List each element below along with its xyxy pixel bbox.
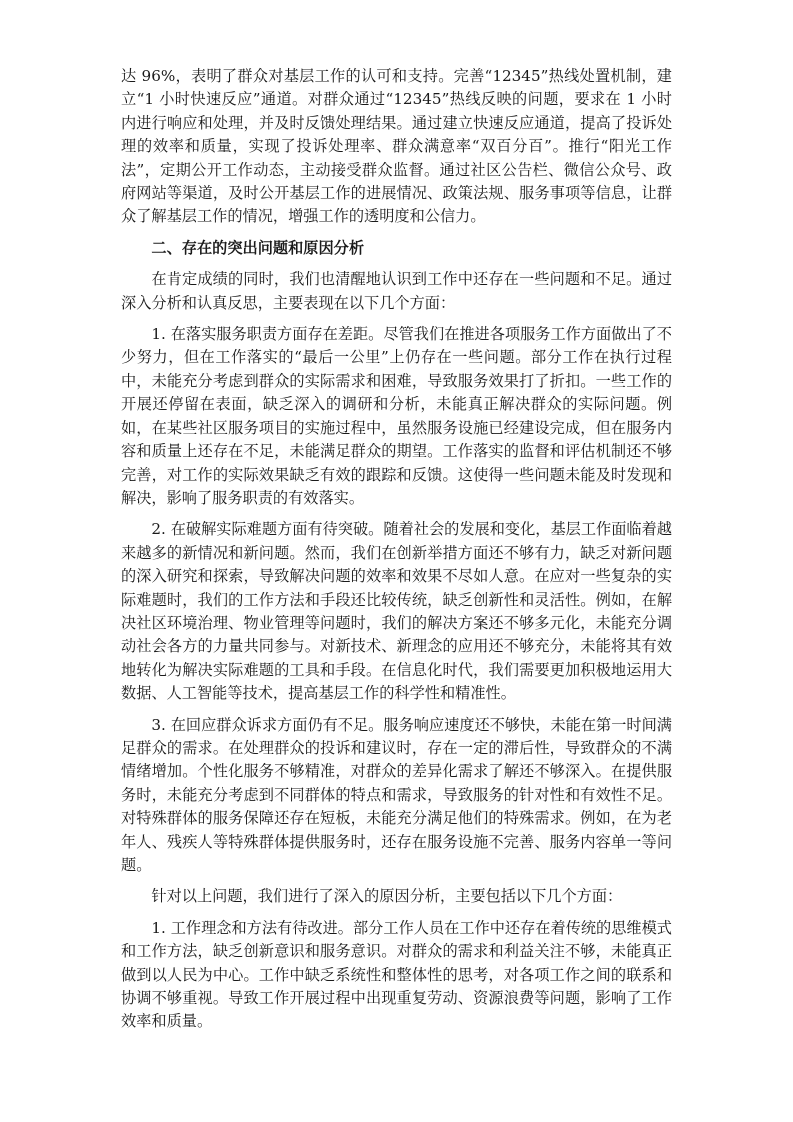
paragraph-continuation: 达 96%，表明了群众对基层工作的认可和支持。完善“12345”热线处置机制，建…	[121, 65, 672, 229]
paragraph-problem-2: 2. 在破解实际难题方面有待突破。随着社会的发展和变化，基层工作面临着越来越多的…	[121, 518, 672, 705]
paragraph-cause-1: 1. 工作理念和方法有待改进。部分工作人员在工作中还存在着传统的思维模式和工作方…	[121, 917, 672, 1034]
paragraph-intro: 在肯定成绩的同时，我们也清醒地认识到工作中还存在一些问题和不足。通过深入分析和认…	[121, 268, 672, 315]
paragraph-problem-1: 1. 在落实服务职责方面存在差距。尽管我们在推进各项服务工作方面做出了不少努力，…	[121, 323, 672, 510]
section-heading: 二、存在的突出问题和原因分析	[121, 237, 672, 260]
document-page: 达 96%，表明了群众对基层工作的认可和支持。完善“12345”热线处置机制，建…	[121, 65, 672, 1042]
paragraph-cause-intro: 针对以上问题，我们进行了深入的原因分析，主要包括以下几个方面：	[121, 885, 672, 908]
paragraph-problem-3: 3. 在回应群众诉求方面仍有不足。服务响应速度还不够快，未能在第一时间满足群众的…	[121, 714, 672, 878]
